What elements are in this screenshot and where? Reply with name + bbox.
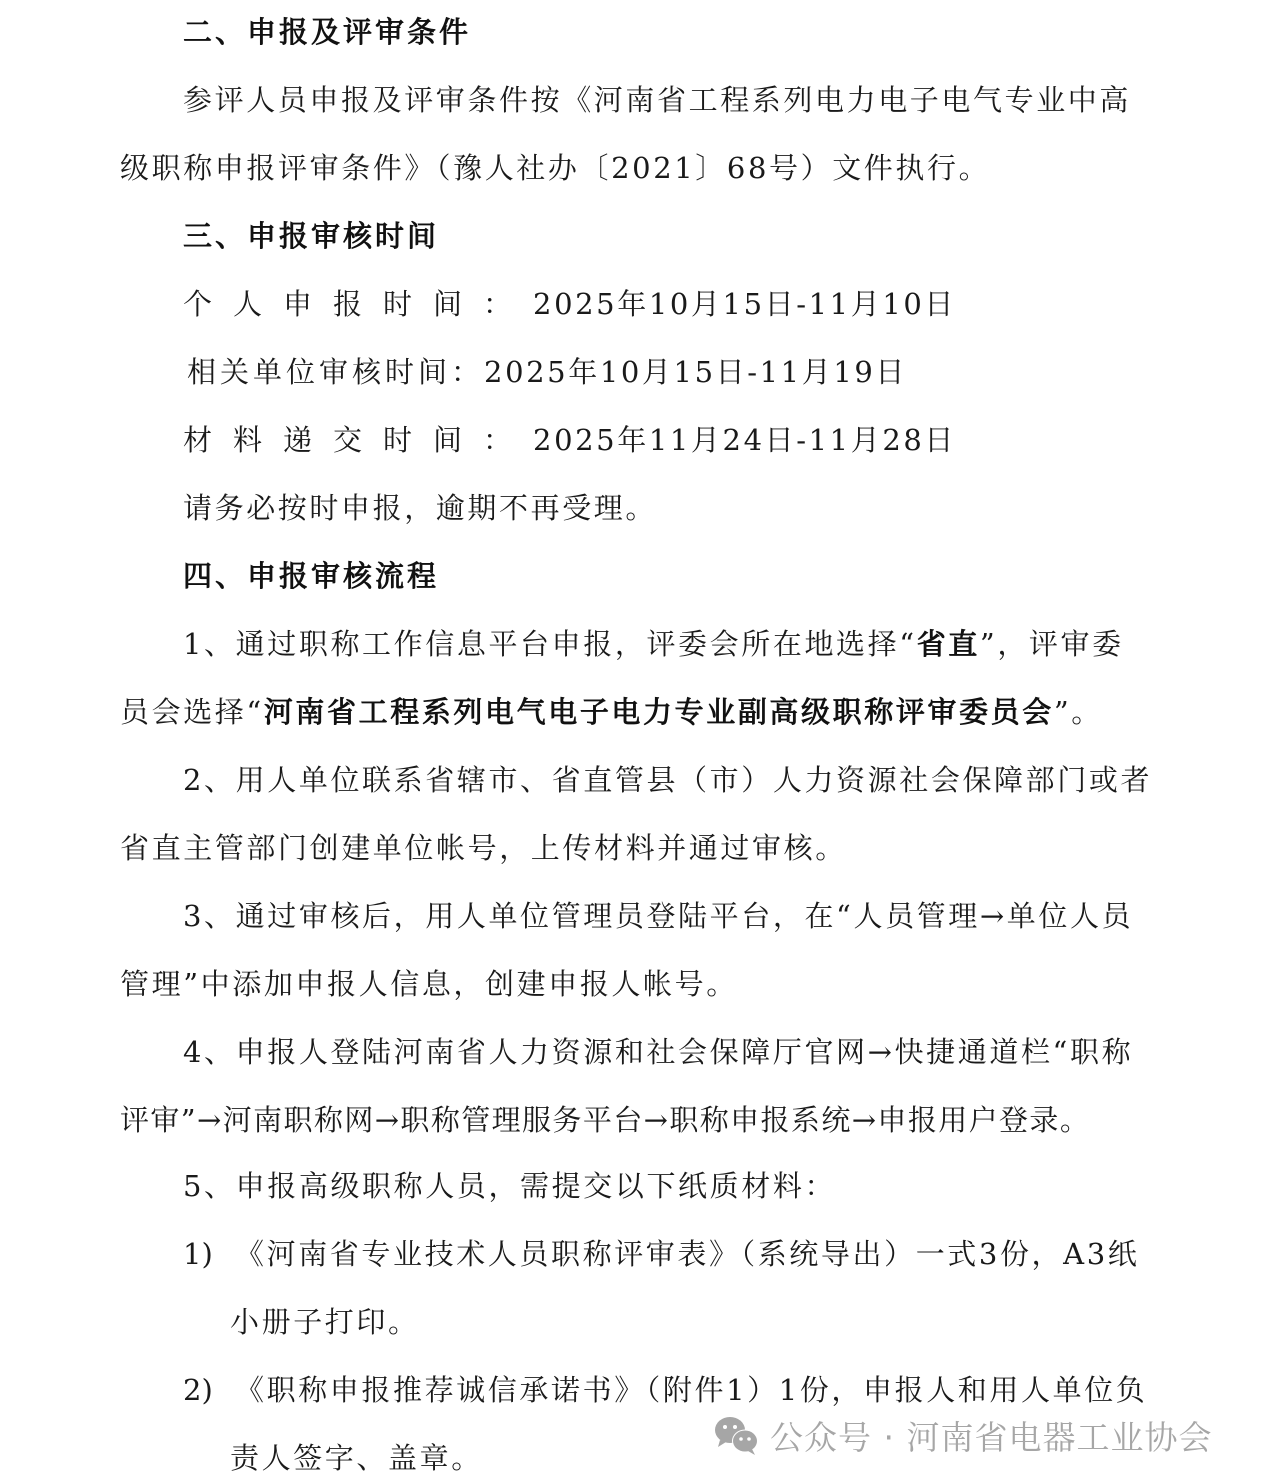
section-heading-schedule: 三、申报审核时间 xyxy=(183,216,439,256)
schedule-label: 材料递交时间： xyxy=(183,423,533,457)
conditions-paragraph-line-2: 级职称申报评审条件》（豫人社办〔2021〕68号）文件执行。 xyxy=(120,148,990,188)
conditions-paragraph-line-1: 参评人员申报及评审条件按《河南省工程系列电力电子电气专业中高 xyxy=(183,80,1131,120)
step-1-text: ”，评审委 xyxy=(980,627,1124,661)
schedule-value: 2025年10月15日-11月10日 xyxy=(533,287,956,321)
schedule-row-materials: 材料递交时间：2025年11月24日-11月28日 xyxy=(183,420,956,460)
watermark-text: 公众号 · 河南省电器工业协会 xyxy=(770,1412,1212,1459)
schedule-value: 2025年10月15日-11月19日 xyxy=(484,355,907,389)
step-1-highlight-location: 省直 xyxy=(917,627,980,661)
wechat-icon xyxy=(712,1413,762,1457)
section-heading-conditions: 二、申报及评审条件 xyxy=(183,12,471,52)
schedule-value: 2025年11月24日-11月28日 xyxy=(533,423,956,457)
step-3-line-1: 3、通过审核后，用人单位管理员登陆平台，在“人员管理→单位人员 xyxy=(183,896,1133,936)
step-1-text: 1、通过职称工作信息平台申报，评委会所在地选择“ xyxy=(183,627,917,661)
material-item-1-line-1: 1)《河南省专业技术人员职称评审表》（系统导出）一式3份，A3纸 xyxy=(183,1234,1139,1274)
step-1-text: 员会选择“ xyxy=(120,695,264,729)
schedule-label: 相关单位审核时间： xyxy=(187,355,484,389)
step-4-line-1: 4、申报人登陆河南省人力资源和社会保障厅官网→快捷通道栏“职称 xyxy=(183,1032,1133,1072)
material-item-text: 《职称申报推荐诚信承诺书》（附件1）1份，申报人和用人单位负 xyxy=(235,1373,1147,1407)
schedule-row-unit-review: 相关单位审核时间：2025年10月15日-11月19日 xyxy=(187,352,907,392)
material-item-text: 《河南省专业技术人员职称评审表》（系统导出）一式3份，A3纸 xyxy=(235,1237,1139,1271)
step-1-highlight-committee: 河南省工程系列电气电子电力专业副高级职称评审委员会 xyxy=(264,695,1054,729)
section-heading-process: 四、申报审核流程 xyxy=(183,556,439,596)
list-marker: 1) xyxy=(183,1234,235,1274)
material-item-1-line-2: 小册子打印。 xyxy=(230,1302,420,1342)
wechat-watermark: 公众号 · 河南省电器工业协会 xyxy=(712,1410,1212,1460)
document-page: 二、申报及评审条件 参评人员申报及评审条件按《河南省工程系列电力电子电气专业中高… xyxy=(0,0,1280,1484)
material-item-2-line-2: 责人签字、盖章。 xyxy=(230,1438,483,1478)
schedule-row-personal: 个人申报时间：2025年10月15日-11月10日 xyxy=(183,284,956,324)
step-1-line-2: 员会选择“河南省工程系列电气电子电力专业副高级职称评审委员会”。 xyxy=(120,692,1103,732)
schedule-label: 个人申报时间： xyxy=(183,287,533,321)
step-5-line-1: 5、申报高级职称人员，需提交以下纸质材料： xyxy=(183,1166,836,1206)
step-3-line-2: 管理”中添加申报人信息，创建申报人帐号。 xyxy=(120,964,738,1004)
step-4-line-2: 评审”→河南职称网→职称管理服务平台→职称申报系统→申报用户登录。 xyxy=(120,1100,1090,1140)
step-1-text: ”。 xyxy=(1054,695,1103,729)
schedule-notice: 请务必按时申报，逾期不再受理。 xyxy=(183,488,657,528)
list-marker: 2) xyxy=(183,1370,235,1410)
material-item-2-line-1: 2)《职称申报推荐诚信承诺书》（附件1）1份，申报人和用人单位负 xyxy=(183,1370,1147,1410)
step-2-line-2: 省直主管部门创建单位帐号，上传材料并通过审核。 xyxy=(120,828,847,868)
step-1-line-1: 1、通过职称工作信息平台申报，评委会所在地选择“省直”，评审委 xyxy=(183,624,1124,664)
step-2-line-1: 2、用人单位联系省辖市、省直管县（市）人力资源社会保障部门或者 xyxy=(183,760,1152,800)
